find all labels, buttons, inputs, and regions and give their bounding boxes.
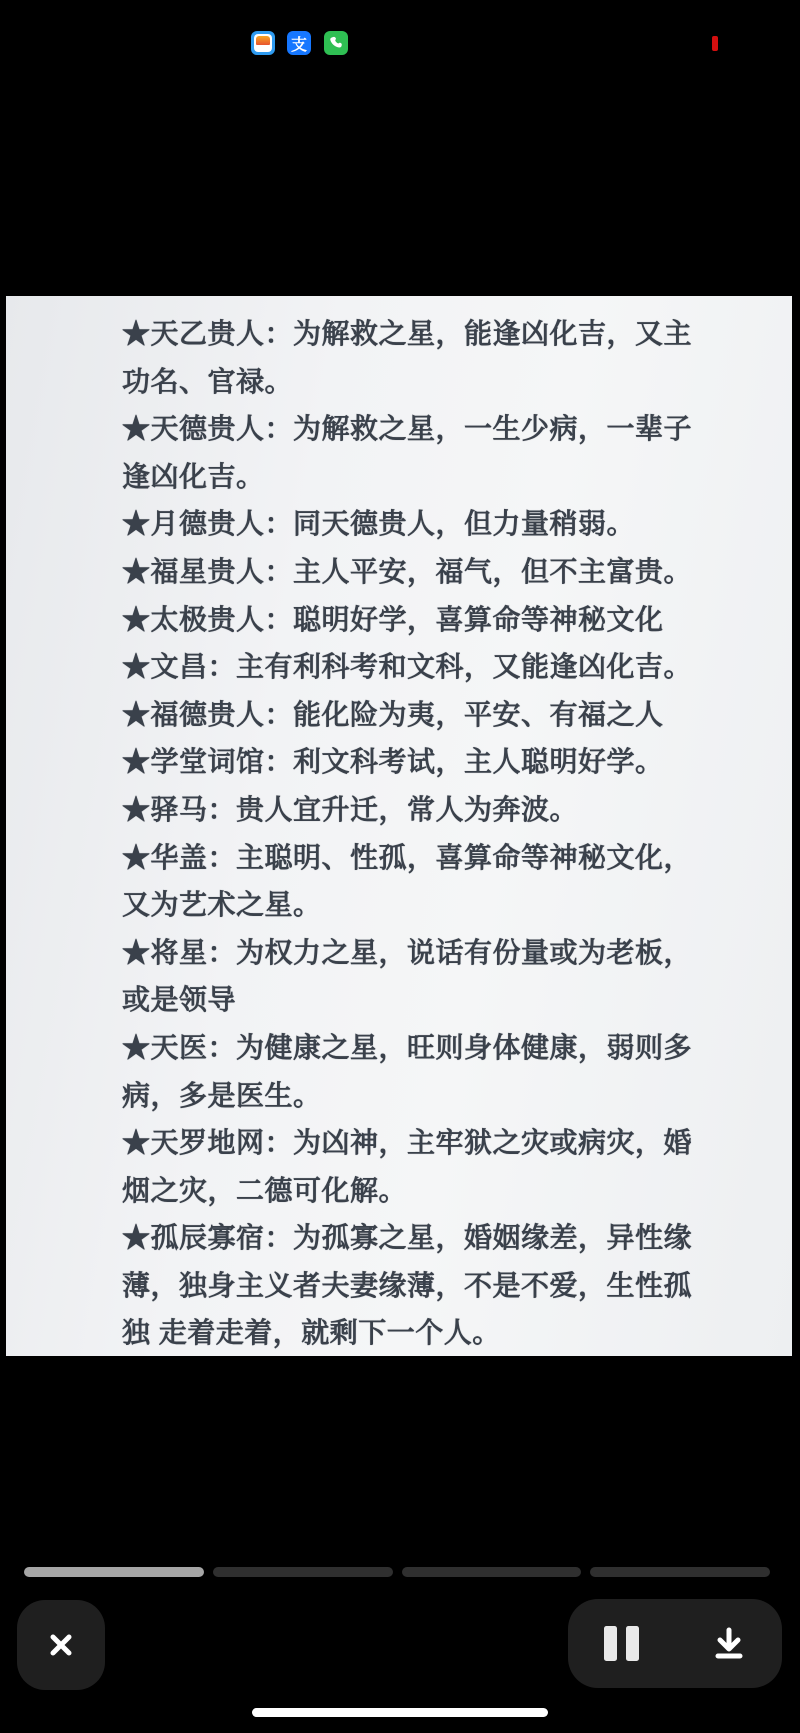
content-line: ★太极贵人：聪明好学，喜算命等神秘文化 <box>122 596 692 644</box>
close-icon <box>41 1625 81 1665</box>
playback-control-pill <box>568 1599 782 1688</box>
close-button[interactable] <box>17 1600 105 1690</box>
content-line: 功名、官禄。 <box>122 358 692 406</box>
content-line: ★天乙贵人：为解救之星，能逢凶化吉，又主 <box>122 310 692 358</box>
content-line: ★孤辰寡宿：为孤寡之星，婚姻缘差，异性缘 <box>122 1214 692 1262</box>
pause-button[interactable] <box>592 1614 652 1674</box>
progress-segment[interactable] <box>402 1567 582 1577</box>
progress-segment[interactable] <box>213 1567 393 1577</box>
phone-receiver-glyph <box>328 35 344 51</box>
story-photo-page[interactable]: ★天乙贵人：为解救之星，能逢凶化吉，又主功名、官禄。★天德贵人：为解救之星，一生… <box>6 296 792 1356</box>
download-icon <box>707 1622 751 1666</box>
content-line: 薄，独身主义者夫妻缘薄，不是不爱，生性孤 <box>122 1262 692 1310</box>
progress-segment[interactable] <box>590 1567 770 1577</box>
content-line: ★天罗地网：为凶神，主牢狱之灾或病灾，婚 <box>122 1119 692 1167</box>
battery-low-icon <box>712 36 718 51</box>
content-line: 又为艺术之星。 <box>122 881 692 929</box>
content-line: ★将星：为权力之星，说话有份量或为老板， <box>122 929 692 977</box>
home-indicator[interactable] <box>252 1708 548 1717</box>
pause-icon <box>604 1626 617 1661</box>
story-progress-bar[interactable] <box>24 1567 770 1577</box>
photos-app-icon-inner <box>254 34 272 52</box>
content-line: ★学堂词馆：利文科考试，主人聪明好学。 <box>122 738 692 786</box>
content-line: 逢凶化吉。 <box>122 453 692 501</box>
content-line: 烟之灾，二德可化解。 <box>122 1167 692 1215</box>
pause-icon <box>626 1626 639 1661</box>
content-line: ★月德贵人：同天德贵人，但力量稍弱。 <box>122 500 692 548</box>
photos-app-icon-sun <box>256 36 270 45</box>
content-lines: ★天乙贵人：为解救之星，能逢凶化吉，又主功名、官禄。★天德贵人：为解救之星，一生… <box>122 310 692 1357</box>
download-button[interactable] <box>699 1614 759 1674</box>
content-line: ★天德贵人：为解救之星，一生少病，一辈子 <box>122 405 692 453</box>
progress-segment[interactable] <box>24 1567 204 1577</box>
status-bar: 支 <box>0 0 800 80</box>
content-line: ★华盖：主聪明、性孤，喜算命等神秘文化， <box>122 834 692 882</box>
alipay-app-icon: 支 <box>287 31 311 55</box>
phone-app-icon <box>324 31 348 55</box>
content-line: 独 走着走着，就剩下一个人。 <box>122 1309 692 1357</box>
photos-app-icon <box>251 31 275 55</box>
content-line: ★文昌：主有利科考和文科，又能逢凶化吉。 <box>122 643 692 691</box>
story-viewer-screen: 支 ★天乙贵人：为解救之星，能逢凶化吉，又主功名、官禄。★天德贵人：为解救之星，… <box>0 0 800 1733</box>
content-line: 病，多是医生。 <box>122 1072 692 1120</box>
content-line: ★驿马：贵人宜升迁，常人为奔波。 <box>122 786 692 834</box>
content-line: ★福星贵人：主人平安，福气，但不主富贵。 <box>122 548 692 596</box>
content-line: 或是领导 <box>122 976 692 1024</box>
content-line: ★福德贵人：能化险为夷，平安、有福之人 <box>122 691 692 739</box>
content-line: ★天医：为健康之星，旺则身体健康，弱则多 <box>122 1024 692 1072</box>
